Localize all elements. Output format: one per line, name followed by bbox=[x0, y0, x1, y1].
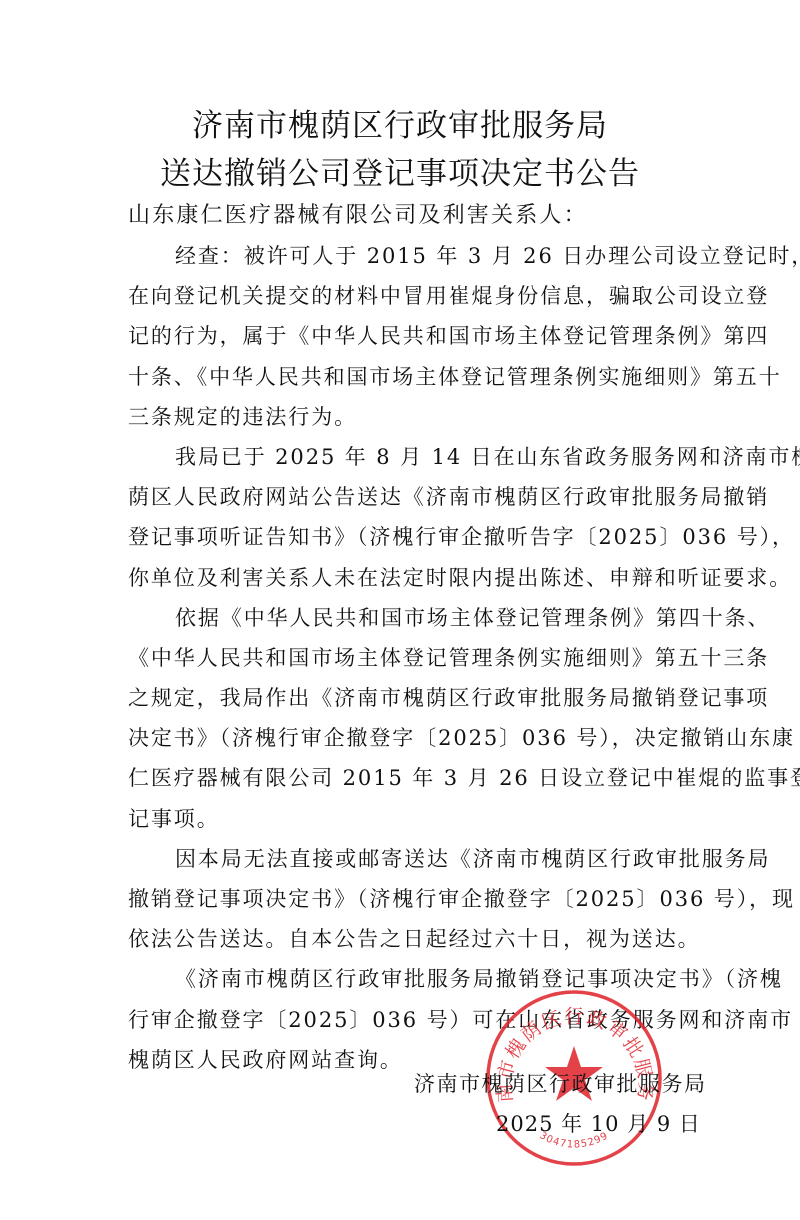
body-line: 荫区人民政府网站公告送达《济南市槐荫区行政审批服务局撤销 bbox=[128, 477, 694, 517]
document-title-line2: 送达撤销公司登记事项决定书公告 bbox=[0, 148, 800, 193]
body-line: 记事项。 bbox=[128, 799, 694, 839]
body-line: 行审企撤登字〔2025〕036 号）可在山东省政务服务网和济南市 bbox=[128, 1000, 694, 1040]
body-line: 在向登记机关提交的材料中冒用崔焜身份信息，骗取公司设立登 bbox=[128, 276, 694, 316]
body-line: 登记事项听证告知书》（济槐行审企撤听告字〔2025〕036 号）， bbox=[128, 517, 694, 557]
body-line: 十条、《中华人民共和国市场主体登记管理条例实施细则》第五十 bbox=[128, 357, 694, 397]
addressee: 山东康仁医疗器械有限公司及利害关系人： bbox=[128, 198, 588, 229]
body-line: 我局已于 2025 年 8 月 14 日在山东省政务服务网和济南市槐 bbox=[128, 437, 694, 477]
document-body: 经查：被许可人于 2015 年 3 月 26 日办理公司设立登记时， 在向登记机… bbox=[128, 236, 694, 1080]
body-line: 依法公告送达。自本公告之日起经过六十日，视为送达。 bbox=[128, 919, 694, 959]
body-line: 决定书》（济槐行审企撤登字〔2025〕036 号），决定撤销山东康 bbox=[128, 718, 694, 758]
body-line: 三条规定的违法行为。 bbox=[128, 397, 694, 437]
body-line: 你单位及利害关系人未在法定时限内提出陈述、申辩和听证要求。 bbox=[128, 558, 694, 598]
signature-issuer: 济南市槐荫区行政审批服务局 bbox=[414, 1068, 707, 1098]
body-line: 《济南市槐荫区行政审批服务局撤销登记事项决定书》（济槐 bbox=[128, 959, 694, 999]
body-line: 因本局无法直接或邮寄送达《济南市槐荫区行政审批服务局 bbox=[128, 839, 694, 879]
body-line: 撤销登记事项决定书》（济槐行审企撤登字〔2025〕036 号），现 bbox=[128, 879, 694, 919]
body-line: 依据《中华人民共和国市场主体登记管理条例》第四十条、 bbox=[128, 598, 694, 638]
body-line: 仁医疗器械有限公司 2015 年 3 月 26 日设立登记中崔焜的监事登 bbox=[128, 758, 694, 798]
body-line: 经查：被许可人于 2015 年 3 月 26 日办理公司设立登记时， bbox=[128, 236, 694, 276]
body-line: 记的行为，属于《中华人民共和国市场主体登记管理条例》第四 bbox=[128, 316, 694, 356]
document-title-line1: 济南市槐荫区行政审批服务局 bbox=[0, 100, 800, 145]
signature-date: 2025 年 10 月 9 日 bbox=[496, 1108, 701, 1138]
body-line: 之规定，我局作出《济南市槐荫区行政审批服务局撤销登记事项 bbox=[128, 678, 694, 718]
body-line: 《中华人民共和国市场主体登记管理条例实施细则》第五十三条 bbox=[128, 638, 694, 678]
document-page: 济南市槐荫区行政审批服务局 送达撤销公司登记事项决定书公告 山东康仁医疗器械有限… bbox=[0, 0, 800, 1220]
